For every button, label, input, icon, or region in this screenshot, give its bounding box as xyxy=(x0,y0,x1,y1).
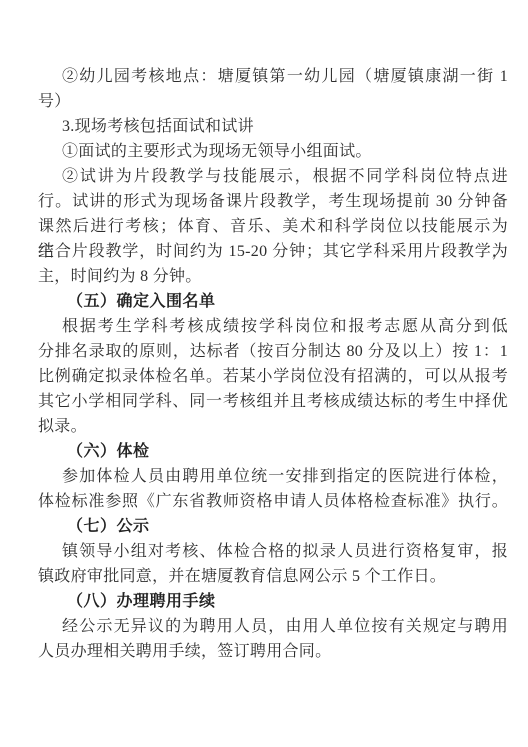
text-line: 镇政府审批同意，并在塘厦教育信息网公示 5 个工作日。 xyxy=(38,564,508,589)
text-line: 主，时间约为 8 分钟。 xyxy=(38,264,508,289)
text-line: 镇领导小组对考核、体检合格的拟录人员进行资格复审，报 xyxy=(38,539,508,564)
section-heading: （六）体检 xyxy=(38,439,508,464)
text-line: 参加体检人员由聘用单位统一安排到指定的医院进行体检， xyxy=(38,464,508,489)
section-heading: （五）确定入围名单 xyxy=(38,289,508,314)
text-line: 分排名录取的原则，达标者（按百分制达 80 分及以上）按 1：1 xyxy=(38,339,508,364)
document-page: ②幼儿园考核地点：塘厦镇第一幼儿园（塘厦镇康湖一街 1 号） 3.现场考核包括面… xyxy=(0,0,528,747)
text-line: 号） xyxy=(38,89,508,114)
text-line: 拟录。 xyxy=(38,414,508,439)
text-line: 结合片段教学，时间约为 15-20 分钟；其它学科采用片段教学为 xyxy=(38,239,508,264)
text-line: ②幼儿园考核地点：塘厦镇第一幼儿园（塘厦镇康湖一街 1 xyxy=(38,64,508,89)
text-line: ②试讲为片段教学与技能展示，根据不同学科岗位特点进 xyxy=(38,164,508,189)
text-line: 经公示无异议的为聘用人员，由用人单位按有关规定与聘用 xyxy=(38,614,508,639)
text-line: 比例确定拟录体检名单。若某小学岗位没有招满的，可以从报考 xyxy=(38,364,508,389)
text-line: 3.现场考核包括面试和试讲 xyxy=(38,114,508,139)
text-line: 课然后进行考核；体育、音乐、美术和科学岗位以技能展示为主， xyxy=(38,214,508,239)
text-line: 人员办理相关聘用手续，签订聘用合同。 xyxy=(38,639,508,664)
document-text-block: ②幼儿园考核地点：塘厦镇第一幼儿园（塘厦镇康湖一街 1 号） 3.现场考核包括面… xyxy=(38,64,508,664)
text-line: 其它小学相同学科、同一考核组并且考核成绩达标的考生中择优 xyxy=(38,389,508,414)
section-heading: （八）办理聘用手续 xyxy=(38,589,508,614)
text-line: 体检标准参照《广东省教师资格申请人员体格检查标准》执行。 xyxy=(38,489,508,514)
text-line: ①面试的主要形式为现场无领导小组面试。 xyxy=(38,139,508,164)
text-line: 行。试讲的形式为现场备课片段教学，考生现场提前 30 分钟备 xyxy=(38,189,508,214)
section-heading: （七）公示 xyxy=(38,514,508,539)
text-line: 根据考生学科考核成绩按学科岗位和报考志愿从高分到低 xyxy=(38,314,508,339)
